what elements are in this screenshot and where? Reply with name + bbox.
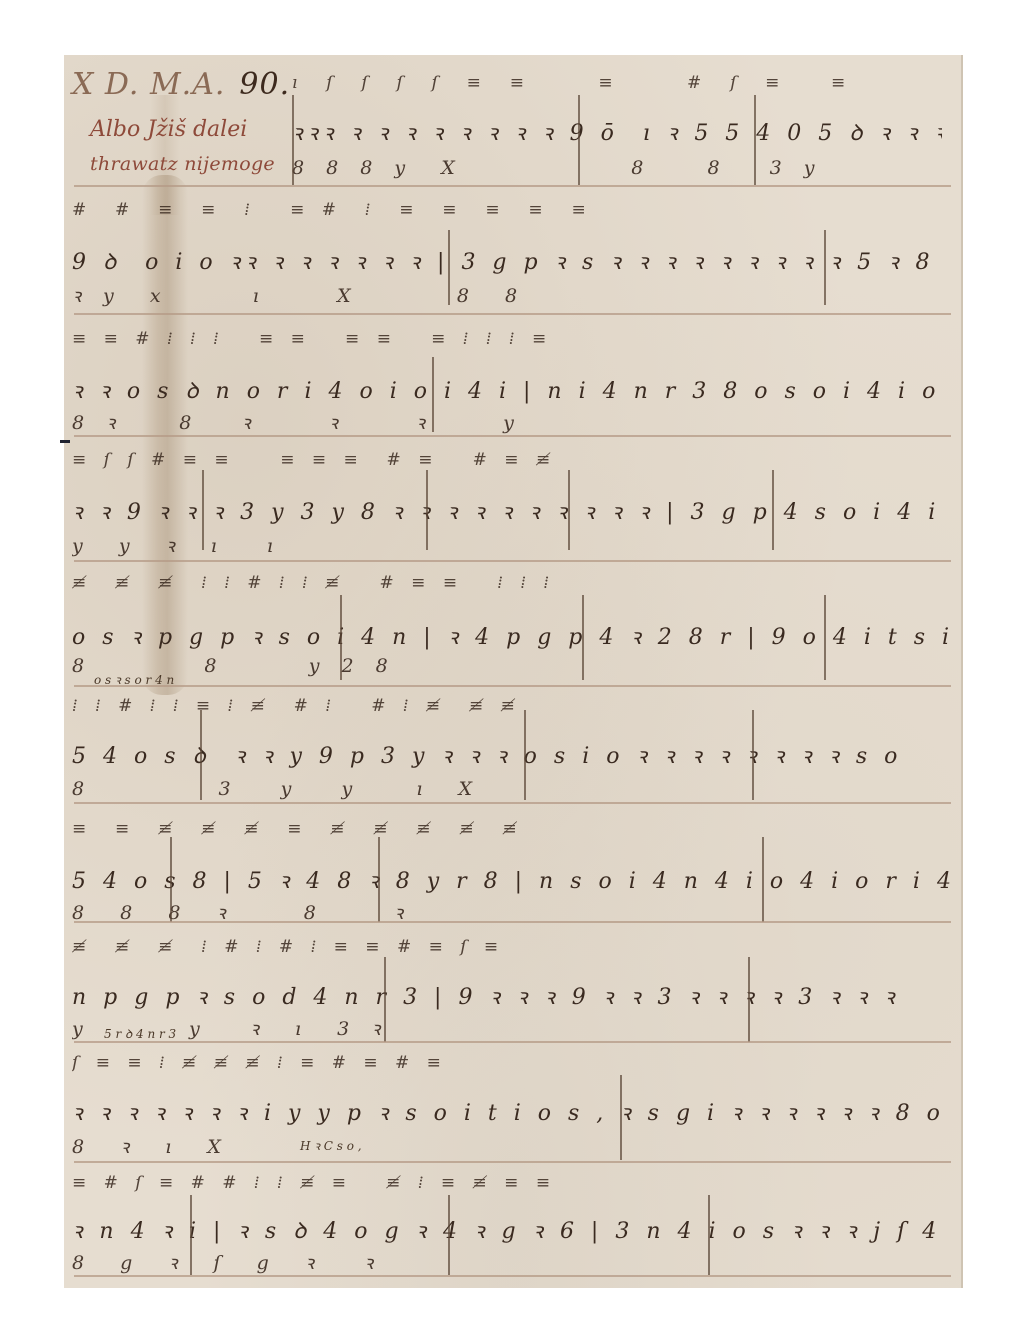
system-lower-row: 8 g ꝛ ſ g ꝛ ꝛ [72,1249,952,1275]
barline [772,470,774,550]
ruled-line [74,921,951,923]
system-upper-row: ≡ ≡ ≢ ≢ ≢ ≡ ≢ ≢ ≢ ≢ ≢ [72,819,952,839]
barline [202,470,204,550]
barline [752,710,754,800]
title-line-2: thrawatz nijemoge [90,153,275,175]
title-line-1: Albo Jžiš dalei [90,117,247,142]
ruled-line [74,560,951,562]
barline [340,595,342,680]
ruled-line [74,1275,951,1277]
barline [432,357,434,432]
barline [582,595,584,680]
ruled-line [74,313,951,315]
tablature-system-7: ≡ ≡ ≢ ≢ ≢ ≡ ≢ ≢ ≢ ≢ ≢ 5 4 o s 8 | 5 ꝛ 4 … [72,807,952,927]
system-upper-row: ⁞ ⁞ # ⁞ ⁞ ≡ ⁞ ≢ # ⁞ # ⁞ ≢ ≢ ≢ [72,696,952,716]
margin-mark [60,440,70,443]
system-lower-row: y y ꝛ ı ı [72,532,952,558]
annotation: H ꝛ C s o , [300,1137,362,1154]
system-lower-row: 8 ꝛ 8 ꝛ ꝛ ꝛ y [72,409,952,435]
ruled-line [74,185,951,187]
system-upper-row: ≢ ≢ ≢ ⁞ # ⁞ # ⁞ ≡ ≡ # ≡ ſ ≡ [72,937,952,957]
shelfmark: X D. M.A.90. [72,67,290,102]
ruled-line [74,1041,951,1043]
tablature-system-8: ≢ ≢ ≢ ⁞ # ⁞ # ⁞ ≡ ≡ # ≡ ſ ≡ n p g p ꝛ s … [72,927,952,1047]
tablature-system-1: ı ſ ſ ſ ſ ≡ ≡ ≡ # ſ ≡ ≡ ꝛꝛꝛ ꝛ ꝛ ꝛ ꝛ ꝛ ꝛ … [292,65,942,185]
system-upper-row: ≡ # ſ ≡ # # ⁞ ⁞ ≢ ≡ ≢ ⁞ ≡ ≢ ≡ ≡ [72,1173,952,1193]
manuscript-page: X D. M.A.90. Albo Jžiš dalei thrawatz ni… [64,55,963,1288]
barline [200,710,202,800]
system-upper-row: ≡ ſ ſ # ≡ ≡ ≡ ≡ ≡ # ≡ # ≡ ≢ [72,450,952,470]
system-main-row: ꝛ ꝛ ꝛ ꝛ ꝛ ꝛ ꝛ i y y p ꝛ s o i t i o s , … [72,1097,952,1127]
ruled-line [74,435,951,437]
barline [448,230,450,305]
ruled-line [74,1161,951,1163]
barline [292,95,294,185]
tablature-system-4: ≡ ſ ſ # ≡ ≡ ≡ ≡ ≡ # ≡ # ≡ ≢ ꝛ ꝛ 9 ꝛ ꝛ ꝛ … [72,440,952,560]
barline [754,95,756,185]
system-upper-row: ſ ≡ ≡ ⁞ ≢ ≢ ≢ ⁞ ≡ # ≡ # ≡ [72,1053,952,1073]
barline [620,1075,622,1160]
tablature-system-2: # # ≡ ≡ ⁞ ≡ # ⁞ ≡ ≡ ≡ ≡ ≡ 9 ꝺ o i o ꝛꝛ ꝛ… [72,190,952,310]
barline [568,470,570,550]
system-lower-row: 8 ꝛ ı X [72,1133,952,1159]
barline [762,837,764,922]
system-main-row: 5 4 o s ꝺ ꝛ ꝛ y 9 p 3 y ꝛ ꝛ ꝛ o s i o ꝛ … [72,740,952,770]
system-main-row: ꝛ n 4 ꝛ i | ꝛ s ꝺ 4 o g ꝛ 4 ꝛ g ꝛ 6 | 3 … [72,1215,952,1245]
system-main-row: 9 ꝺ o i o ꝛꝛ ꝛ ꝛ ꝛ ꝛ ꝛ ꝛ | 3 g p ꝛ s ꝛ ꝛ… [72,246,952,276]
system-main-row: 5 4 o s 8 | 5 ꝛ 4 8 ꝛ 8 y r 8 | n s o i … [72,865,952,895]
barline [384,957,386,1042]
barline [190,1195,192,1275]
tablature-system-9: ſ ≡ ≡ ⁞ ≢ ≢ ≢ ⁞ ≡ # ≡ # ≡ ꝛ ꝛ ꝛ ꝛ ꝛ ꝛ ꝛ … [72,1045,952,1165]
system-main-row: ꝛ ꝛ o s ꝺ n o r i 4 o i o i 4 i | n i 4 … [72,375,952,405]
annotation: 5 r ꝺ 4 n r 3 [104,1025,176,1042]
barline [824,230,826,305]
ruled-line [74,802,951,804]
ruled-line [74,685,951,687]
system-main-row: n p g p ꝛ s o d 4 n r 3 | 9 ꝛ ꝛ ꝛ 9 ꝛ ꝛ … [72,981,952,1011]
barline [708,1195,710,1275]
shelfmark-number: 90. [239,67,290,102]
system-main-row: o s ꝛ p g p ꝛ s o i 4 n | ꝛ 4 p g p 4 ꝛ … [72,621,952,651]
tablature-system-6: ⁞ ⁞ # ⁞ ⁞ ≡ ⁞ ≢ # ⁞ # ⁞ ≢ ≢ ≢ 5 4 o s ꝺ … [72,690,952,810]
system-upper-row: ≢ ≢ ≢ ⁞ ⁞ # ⁞ ⁞ ≢ # ≡ ≡ ⁞ ⁞ ⁞ [72,573,952,593]
barline [748,957,750,1042]
system-upper-row: ı ſ ſ ſ ſ ≡ ≡ ≡ # ſ ≡ ≡ [292,73,942,93]
system-lower-row: ꝛ y x ı X 8 8 [72,282,952,308]
tablature-system-3: ≡ ≡ # ⁞ ⁞ ⁞ ≡ ≡ ≡ ≡ ≡ ⁞ ⁞ ⁞ ≡ ꝛ ꝛ o s ꝺ … [72,317,952,437]
system-lower-row: y y ꝛ ı 3 ꝛ [72,1015,952,1041]
system-lower-row: 8 8 y 2 8 [72,655,952,677]
shelfmark-prefix: X D. M.A. [72,67,225,102]
system-main-row: ꝛꝛꝛ ꝛ ꝛ ꝛ ꝛ ꝛ ꝛ ꝛ ꝛ 9 ō ı ꝛ 5 5 4 0 5 ꝺ … [292,117,942,147]
system-upper-row: # # ≡ ≡ ⁞ ≡ # ⁞ ≡ ≡ ≡ ≡ ≡ [72,200,952,220]
barline [824,595,826,680]
barline [578,95,580,185]
tablature-system-10: ≡ # ſ ≡ # # ⁞ ⁞ ≢ ≡ ≢ ⁞ ≡ ≢ ≡ ≡ ꝛ n 4 ꝛ … [72,1165,952,1280]
system-upper-row: ≡ ≡ # ⁞ ⁞ ⁞ ≡ ≡ ≡ ≡ ≡ ⁞ ⁞ ⁞ ≡ [72,329,952,349]
system-lower-row: 8 8 8 y X 8 8 3 y [292,157,942,179]
tablature-system-5: ≢ ≢ ≢ ⁞ ⁞ # ⁞ ⁞ ≢ # ≡ ≡ ⁞ ⁞ ⁞ o s ꝛ p g … [72,565,952,685]
system-main-row: ꝛ ꝛ 9 ꝛ ꝛ ꝛ 3 y 3 y 8 ꝛ ꝛ ꝛ ꝛ ꝛ ꝛ ꝛ ꝛ ꝛ … [72,496,952,526]
barline [378,837,380,922]
system-lower-row: 8 3 y y ı X [72,778,952,800]
barline [426,470,428,550]
barline [170,837,172,922]
barline [448,1195,450,1275]
barline [524,710,526,800]
